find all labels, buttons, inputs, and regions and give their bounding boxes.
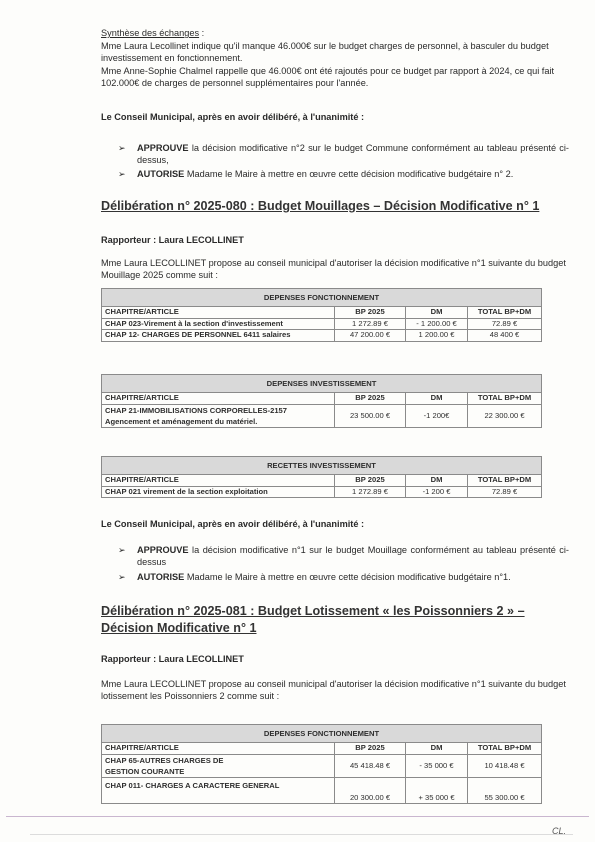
decision-text: la décision modificative n°2 sur le budg… — [137, 143, 569, 165]
deliberation-081-title: Délibération n° 2025-081 : Budget Lotiss… — [101, 603, 573, 637]
col-header: CHAPITRE/ARTICLE — [102, 393, 335, 405]
cell-bp: 47 200.00 € — [335, 330, 406, 342]
arrow-bullet-icon: ➢ — [118, 142, 126, 154]
decision-text: Madame le Maire à mettre en œuvre cette … — [184, 169, 513, 179]
cell-total: 55 300.00 € — [468, 777, 542, 803]
table-title: DEPENSES FONCTIONNEMENT — [102, 289, 542, 307]
table-title: DEPENSES FONCTIONNEMENT — [102, 725, 542, 743]
decision-autorise-1: AUTORISE Madame le Maire à mettre en œuv… — [137, 168, 577, 180]
col-header: BP 2025 — [335, 393, 406, 405]
cell-bp: 1 272.89 € — [335, 318, 406, 330]
table-row: CHAP 65-AUTRES CHARGES DE GESTION COURAN… — [102, 754, 542, 777]
table-row: CHAP 12- CHARGES DE PERSONNEL 6411 salai… — [102, 330, 542, 342]
cell-bp: 1 272.89 € — [335, 486, 406, 498]
rapporteur-080: Rapporteur : Laura LECOLLINET — [101, 234, 244, 246]
deliberation-080-title: Délibération n° 2025-080 : Budget Mouill… — [101, 198, 539, 215]
synthese-heading: Synthèse des échanges : — [101, 27, 204, 39]
table-recettes-investissement-mouillage: RECETTES INVESTISSEMENT CHAPITRE/ARTICLE… — [101, 456, 542, 498]
cell-bp: 20 300.00 € — [335, 777, 406, 803]
decision-verb: AUTORISE — [137, 572, 184, 582]
cell-total: 72.89 € — [468, 486, 542, 498]
cell-dm: + 35 000 € — [406, 777, 468, 803]
table-row: CHAP 023-Virement à la section d'investi… — [102, 318, 542, 330]
col-header: CHAPITRE/ARTICLE — [102, 743, 335, 755]
col-header: DM — [406, 743, 468, 755]
cell-dm: -1 200€ — [406, 404, 468, 427]
col-header: BP 2025 — [335, 307, 406, 319]
table-title: RECETTES INVESTISSEMENT — [102, 457, 542, 475]
decision-approuve-1: APPROUVE la décision modificative n°2 su… — [137, 142, 569, 166]
cell-bp: 23 500.00 € — [335, 404, 406, 427]
synthese-paragraph-2: Mme Anne-Sophie Chalmel rappelle que 46.… — [101, 65, 571, 89]
arrow-bullet-icon: ➢ — [118, 544, 126, 556]
arrow-bullet-icon: ➢ — [118, 168, 126, 180]
cell-chapitre: CHAP 12- CHARGES DE PERSONNEL 6411 salai… — [102, 330, 335, 342]
synthese-heading-text: Synthèse des échanges — [101, 28, 199, 38]
table-title: DEPENSES INVESTISSEMENT — [102, 375, 542, 393]
col-header: BP 2025 — [335, 743, 406, 755]
col-header: DM — [406, 393, 468, 405]
cell-bp: 45 418.48 € — [335, 754, 406, 777]
table-row: CHAP 021 virement de la section exploita… — [102, 486, 542, 498]
cell-chapitre: CHAP 011- CHARGES A CARACTERE GENERAL — [102, 777, 335, 803]
col-header: CHAPITRE/ARTICLE — [102, 307, 335, 319]
table-depenses-fonctionnement-mouillage: DEPENSES FONCTIONNEMENT CHAPITRE/ARTICLE… — [101, 288, 542, 342]
table-row: CHAP 011- CHARGES A CARACTERE GENERAL 20… — [102, 777, 542, 803]
conseil-intro-1: Le Conseil Municipal, après en avoir dél… — [101, 111, 364, 123]
signature-line — [30, 834, 573, 835]
table-depenses-investissement-mouillage: DEPENSES INVESTISSEMENT CHAPITRE/ARTICLE… — [101, 374, 542, 428]
cell-chapitre: CHAP 023-Virement à la section d'investi… — [102, 318, 335, 330]
col-header: TOTAL BP+DM — [468, 307, 542, 319]
synthese-heading-suffix: : — [199, 28, 204, 38]
col-header: TOTAL BP+DM — [468, 393, 542, 405]
decision-verb: APPROUVE — [137, 143, 189, 153]
rapporteur-081: Rapporteur : Laura LECOLLINET — [101, 653, 244, 665]
cell-chapitre: CHAP 21-IMMOBILISATIONS CORPORELLES-2157… — [102, 404, 335, 427]
col-header: DM — [406, 475, 468, 487]
col-header: CHAPITRE/ARTICLE — [102, 475, 335, 487]
col-header: TOTAL BP+DM — [468, 743, 542, 755]
initials: CL. — [552, 826, 566, 836]
table-depenses-fonctionnement-lotissement: DEPENSES FONCTIONNEMENT CHAPITRE/ARTICLE… — [101, 724, 542, 804]
cell-dm: 1 200.00 € — [406, 330, 468, 342]
decision-verb: AUTORISE — [137, 169, 184, 179]
cell-total: 72.89 € — [468, 318, 542, 330]
cell-total: 48 400 € — [468, 330, 542, 342]
cell-total: 10 418.48 € — [468, 754, 542, 777]
arrow-bullet-icon: ➢ — [118, 571, 126, 583]
decision-text: Madame le Maire à mettre en œuvre cette … — [184, 572, 510, 582]
footer-divider — [6, 816, 589, 817]
cell-chapitre: CHAP 021 virement de la section exploita… — [102, 486, 335, 498]
deliberation-081-intro: Mme Laura LECOLLINET propose au conseil … — [101, 678, 573, 702]
synthese-paragraph-1: Mme Laura Lecollinet indique qu'il manqu… — [101, 40, 571, 64]
col-header: DM — [406, 307, 468, 319]
cell-chapitre: CHAP 65-AUTRES CHARGES DE GESTION COURAN… — [102, 754, 335, 777]
decision-approuve-080: APPROUVE la décision modificative n°1 su… — [137, 544, 569, 568]
col-header: TOTAL BP+DM — [468, 475, 542, 487]
cell-dm: - 1 200.00 € — [406, 318, 468, 330]
table-row: CHAP 21-IMMOBILISATIONS CORPORELLES-2157… — [102, 404, 542, 427]
conseil-intro-080: Le Conseil Municipal, après en avoir dél… — [101, 518, 364, 530]
decision-verb: APPROUVE — [137, 545, 189, 555]
decision-text: la décision modificative n°1 sur le budg… — [137, 545, 569, 567]
deliberation-080-intro: Mme Laura LECOLLINET propose au conseil … — [101, 257, 573, 281]
cell-dm: -1 200 € — [406, 486, 468, 498]
col-header: BP 2025 — [335, 475, 406, 487]
decision-autorise-080: AUTORISE Madame le Maire à mettre en œuv… — [137, 571, 577, 583]
cell-total: 22 300.00 € — [468, 404, 542, 427]
cell-dm: - 35 000 € — [406, 754, 468, 777]
